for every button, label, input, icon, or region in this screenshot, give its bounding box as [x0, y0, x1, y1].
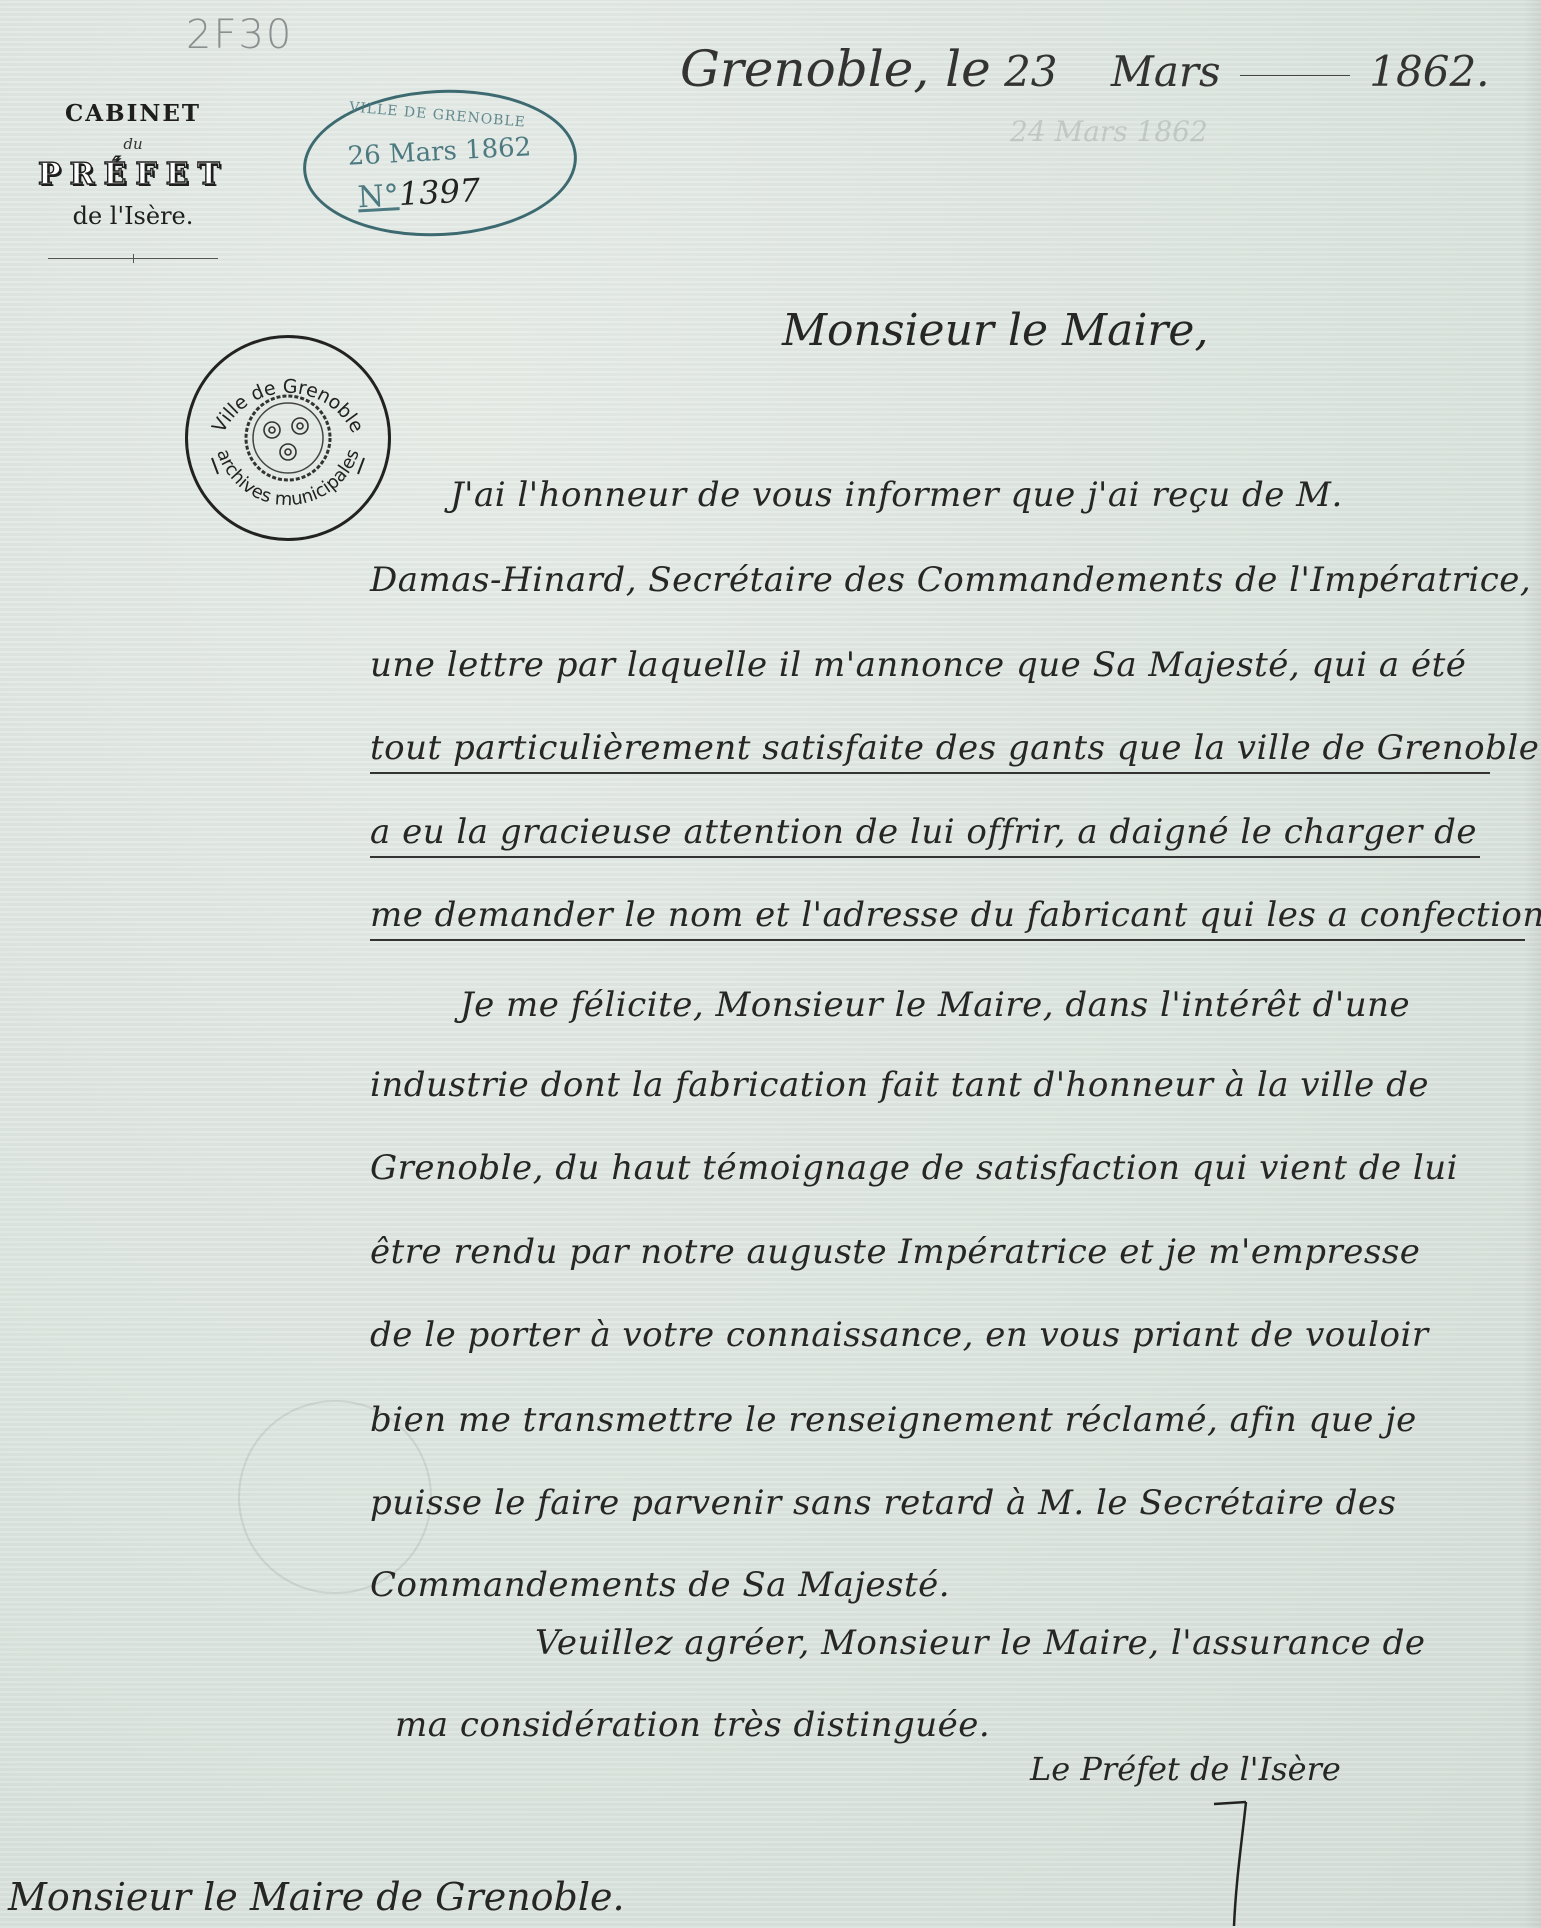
- body-line: J'ai l'honneur de vous informer que j'ai…: [450, 475, 1343, 515]
- body-line: de le porter à votre connaissance, en vo…: [370, 1315, 1429, 1355]
- letterhead-du: du: [38, 135, 228, 153]
- signature-flourish-icon: [1212, 1800, 1252, 1928]
- dateline-place: Grenoble, le: [680, 40, 991, 98]
- dateline-day: 23: [1004, 47, 1057, 96]
- body-line: Je me félicite, Monsieur le Maire, dans …: [460, 985, 1410, 1025]
- body-line: industrie dont la fabrication fait tant …: [370, 1065, 1429, 1105]
- dateline: Grenoble, le 23 Mars 1862.: [680, 40, 1490, 98]
- body-line: bien me transmettre le renseignement réc…: [370, 1400, 1417, 1440]
- received-stamp-number-label: N°: [357, 178, 400, 215]
- received-stamp-number-value: 1397: [398, 171, 481, 213]
- body-line: puisse le faire parvenir sans retard à M…: [370, 1483, 1397, 1523]
- signature: Le Préfet de l'Isère: [1030, 1750, 1341, 1788]
- body-line-underlined: me demander le nom et l'adresse du fabri…: [370, 895, 1525, 941]
- body-line: Grenoble, du haut témoignage de satisfac…: [370, 1148, 1458, 1188]
- closing-line: ma considération très distinguée.: [395, 1705, 990, 1745]
- received-stamp-date: 26 Mars 1862: [305, 130, 574, 174]
- bleed-through-date: 24 Mars 1862: [1010, 115, 1208, 148]
- letterhead: CABINET du PRÉFET de l'Isère.: [38, 100, 228, 259]
- dateline-rule: [1240, 75, 1350, 76]
- svg-text:Ville de Grenoble: Ville de Grenoble: [208, 376, 368, 437]
- body-line-underlined: tout particulièrement satisfaite des gan…: [370, 728, 1490, 774]
- closing-line: Veuillez agréer, Monsieur le Maire, l'as…: [535, 1623, 1425, 1663]
- letterhead-cabinet: CABINET: [38, 100, 228, 127]
- letterhead-divider: [48, 258, 218, 259]
- salutation: Monsieur le Maire,: [782, 305, 1208, 356]
- addressee: Monsieur le Maire de Grenoble.: [8, 1875, 625, 1919]
- svg-text:archives municipales: archives municipales: [212, 446, 364, 510]
- letterhead-isere: de l'Isère.: [38, 202, 228, 230]
- archive-reference: 2F30: [186, 12, 293, 58]
- page-edge-shadow: [1523, 0, 1541, 1928]
- archives-municipales-stamp: Ville de Grenoble archives municipales: [185, 335, 391, 541]
- dateline-month: Mars: [1111, 47, 1221, 96]
- received-stamp-number: N°1397: [357, 171, 482, 215]
- body-line: Damas-Hinard, Secrétaire des Commandemen…: [370, 560, 1531, 600]
- body-line: être rendu par notre auguste Impératrice…: [370, 1232, 1420, 1272]
- body-line: Commandements de Sa Majesté.: [370, 1565, 950, 1605]
- body-line: une lettre par laquelle il m'annonce que…: [370, 645, 1466, 685]
- body-line-underlined: a eu la gracieuse attention de lui offri…: [370, 812, 1480, 858]
- dateline-year: 1862.: [1369, 47, 1489, 96]
- letterhead-prefet: PRÉFET: [38, 157, 228, 192]
- grenoble-coat-of-arms-icon: Ville de Grenoble archives municipales: [188, 338, 388, 538]
